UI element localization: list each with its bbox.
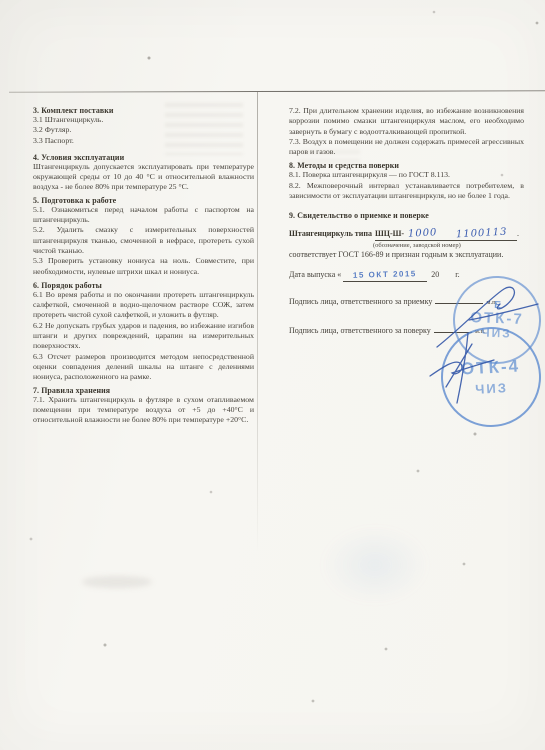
section-7-title: 7. Правила хранения bbox=[33, 386, 254, 395]
conformity-statement: соответствует ГОСТ 166-89 и признан годн… bbox=[289, 250, 524, 261]
paragraph: Штангенциркуль допускается эксплуатирова… bbox=[33, 162, 254, 193]
instrument-type-row: Штангенциркуль типаШЦ-Ш-10001100113. bbox=[289, 229, 524, 241]
left-column: 3. Комплект поставки 3.1 Штангенциркуль.… bbox=[33, 106, 254, 425]
type-blank-field: ШЦ-Ш-10001100113 bbox=[375, 229, 517, 241]
section-4-title: 4. Условия эксплуатации bbox=[33, 153, 254, 162]
paragraph: 8.2. Межповерочный интервал устанавливае… bbox=[289, 181, 524, 202]
list-item: 3.1 Штангенциркуль. bbox=[33, 115, 254, 125]
paragraph: 7.2. При длительном хранении изделия, во… bbox=[289, 106, 524, 137]
paragraph: 8.1. Поверка штангенциркуля — по ГОСТ 8.… bbox=[289, 170, 524, 180]
scanned-passport-page: 3. Комплект поставки 3.1 Штангенциркуль.… bbox=[0, 0, 545, 750]
date-ink-stamp: 15 ОКТ 2015 bbox=[353, 270, 417, 282]
paragraph: 7.3. Воздух в помещении не должен содерж… bbox=[289, 137, 524, 158]
list-item: 3.3 Паспорт. bbox=[33, 136, 254, 146]
list-item: 3.2 Футляр. bbox=[33, 125, 254, 135]
handwritten-serial-number: 1100113 bbox=[455, 228, 507, 241]
section-9-title: 9. Свидетельство о приемке и поверке bbox=[289, 211, 524, 220]
field-caption: (обозначение, заводской номер) bbox=[373, 242, 524, 249]
paragraph: 6.2 Не допускать грубых ударов и падения… bbox=[33, 321, 254, 352]
paragraph: 6.3 Отсчет размеров производится методом… bbox=[33, 352, 254, 383]
section-8-title: 8. Методы и средства поверки bbox=[289, 161, 524, 170]
handwritten-signatures bbox=[415, 275, 545, 415]
column-divider-line bbox=[257, 92, 258, 552]
scan-noise-specks bbox=[0, 0, 2, 2]
paragraph: 5.2. Удалить смазку с измерительных пове… bbox=[33, 225, 254, 256]
scan-smudge bbox=[82, 576, 152, 588]
section-6-title: 6. Порядок работы bbox=[33, 281, 254, 290]
type-label: Штангенциркуль типа bbox=[289, 229, 372, 238]
acceptance-signature-stroke bbox=[437, 287, 514, 347]
type-trailing-punct: . bbox=[517, 229, 519, 238]
verification-signature-cross bbox=[446, 344, 472, 387]
ink-bleed-smudge bbox=[320, 525, 430, 605]
type-prefix: ШЦ-Ш- bbox=[375, 229, 404, 238]
verification-signature-label: Подпись лица, ответственного за поверку bbox=[289, 326, 431, 335]
section-3-title: 3. Комплект поставки bbox=[33, 106, 254, 115]
paragraph: 5.1. Ознакомиться перед началом работы с… bbox=[33, 205, 254, 226]
section-5-title: 5. Подготовка к работе bbox=[33, 196, 254, 205]
paragraph: 5.3 Проверить установку нониуса на ноль.… bbox=[33, 256, 254, 277]
handwritten-type-value: 1000 bbox=[408, 229, 438, 241]
date-label: Дата выпуска « bbox=[289, 270, 341, 279]
header-divider-line bbox=[9, 90, 545, 92]
paragraph: 6.1 Во время работы и по окончании проте… bbox=[33, 290, 254, 321]
paragraph: 7.1. Хранить штангенциркуль в футляре в … bbox=[33, 395, 254, 426]
acceptance-signature-label: Подпись лица, ответственного за приемку bbox=[289, 297, 432, 306]
